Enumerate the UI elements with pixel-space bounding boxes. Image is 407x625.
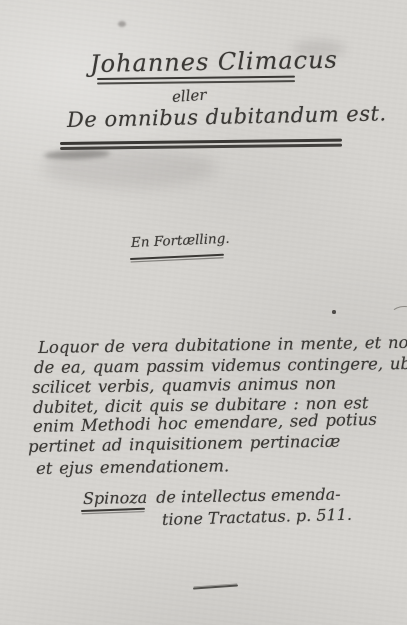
genre-line: En Fortælling. [131,233,230,251]
citation-work: de intellectus emenda- [156,485,341,507]
quote-line: et ejus emendationem. [36,458,229,477]
manuscript-photo: Johannes Climacus eller De omnibus dubit… [0,0,407,625]
quote-line: pertinet ad inquisitionem pertinaciæ [28,434,341,456]
citation-author: Spinoza [83,488,148,508]
ink-smudge [118,21,126,27]
genre-underline [130,254,224,260]
page-subtitle: De omnibus dubitandum est. [67,103,387,131]
page-title: Johannes Climacus [90,48,338,76]
quote-line: Loquor de vera dubitatione in mente, et … [38,335,407,357]
quote-line: de ea, quam passim videmus contingere, u… [34,356,407,377]
subtitle-underline [60,139,342,145]
stray-mark [193,584,238,589]
quote-line: scilicet verbis, quamvis animus non [32,376,336,397]
citation-line-2: tione Tractatus. p. 511. [162,507,352,528]
citation-line-1: Spinozade intellectus emenda- [83,487,341,507]
ink-dot [332,310,336,314]
author-underline [81,508,145,512]
title-connector: eller [171,88,206,105]
